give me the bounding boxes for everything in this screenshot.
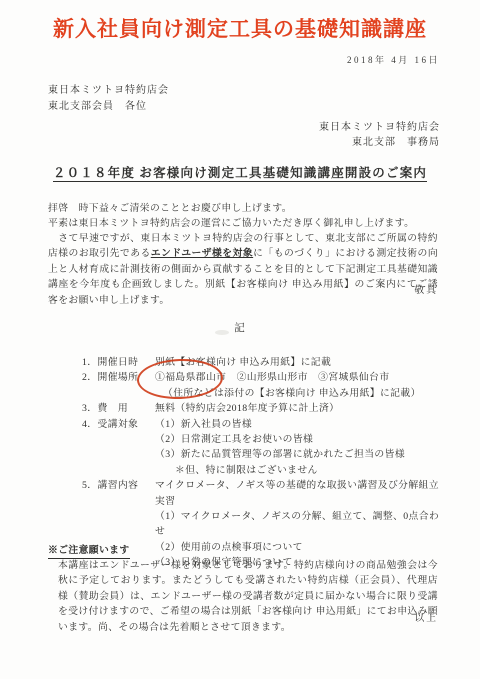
addressee-line-2: 東北支部会員 各位 (48, 99, 169, 115)
list-item-value: （3）新たに品質管理等の部署に就かれたご担当の皆様 (155, 447, 442, 462)
list-item-label: 4．受講対象 (82, 417, 155, 432)
addressee-block: 東日本ミツトヨ特約店会 東北支部会員 各位 (48, 83, 169, 115)
addressee-line-1: 東日本ミツトヨ特約店会 (48, 83, 169, 99)
notice-title: ※ご注意願います (48, 543, 130, 559)
list-item-label: 3．費 用 (82, 401, 155, 416)
scanned-document-page: 新入社員向け測定工具の基礎知識講座 2018年 4月 16日 東日本ミツトヨ特約… (0, 0, 480, 679)
end-mark: 以上 (414, 611, 438, 626)
main-paragraph: さて早速ですが、東日本ミツトヨ特約店会の行事として、東北支部にご所属の特約店様の… (48, 231, 438, 308)
list-item-value: 無料（特約店会2018年度予算に計上済） (155, 401, 442, 416)
sender-line-2: 東北支部 事務局 (319, 135, 440, 150)
list-item-value: （2）日常測定工具をお使いの皆様 (155, 432, 442, 447)
list-item-value: マイクロメータ、ノギス等の基礎的な取扱い講習及び分解組立実習 (155, 478, 442, 509)
detail-list: 1．開催日時 別紙【お客様向け 申込み用紙】に記載 2．開催場所 ①福島県郡山市… (82, 355, 442, 571)
document-title: 新入社員向け測定工具の基礎知識講座 (0, 13, 480, 43)
sender-line-1: 東日本ミツトヨ特約店会 (319, 120, 440, 135)
subject-heading-text: ２０１８年度 お客様向け測定工具基礎知識講座開設のご案内 (53, 166, 427, 182)
list-item-value: （1）新入社員の皆様 (155, 417, 442, 432)
subject-heading: ２０１８年度 お客様向け測定工具基礎知識講座開設のご案内 (0, 163, 480, 181)
list-item-date: 1．開催日時 別紙【お客様向け 申込み用紙】に記載 (82, 355, 442, 370)
list-item-value: （1）マイクロメータ、ノギスの分解、組立て、調整、0点合わせ (155, 509, 442, 540)
document-date: 2018年 4月 16日 (347, 53, 440, 66)
greeting-line-1: 拝啓 時下益々ご清栄のこととお慶び申し上げます。 (48, 201, 292, 216)
greeting-line-2: 平素は東日本ミツトヨ特約店会の運営にご協力いただき厚く御礼申し上げます。 (48, 216, 414, 231)
list-item-place: 2．開催場所 ①福島県郡山市 ②山形県山形市 ③宮城県仙台市 （住所などは添付の… (82, 370, 442, 401)
list-item-value: （2）使用前の点検事項について (155, 540, 442, 555)
scan-smudge (215, 330, 229, 335)
notice-body: 本講座はエンドユーザー様を対象としております。特約店様向けの商品勉強会は今秋に予… (58, 558, 438, 635)
list-item-curriculum: 5．講習内容 マイクロメータ、ノギス等の基礎的な取扱い講習及び分解組立実習 （1… (82, 478, 442, 570)
list-item-label: 5．講習内容 (82, 478, 155, 493)
record-label: 記 (0, 320, 480, 335)
main-paragraph-emphasis: エンドユーザ様を対象 (151, 248, 253, 259)
list-item-fee: 3．費 用 無料（特約店会2018年度予算に計上済） (82, 401, 442, 416)
list-item-audience: 4．受講対象 （1）新入社員の皆様 （2）日常測定工具をお使いの皆様 （3）新た… (82, 417, 442, 479)
sender-block: 東日本ミツトヨ特約店会 東北支部 事務局 (319, 120, 440, 150)
list-item-value: ＊但、特に制限はございません (155, 463, 442, 478)
closing-word: 敬具 (414, 283, 438, 298)
